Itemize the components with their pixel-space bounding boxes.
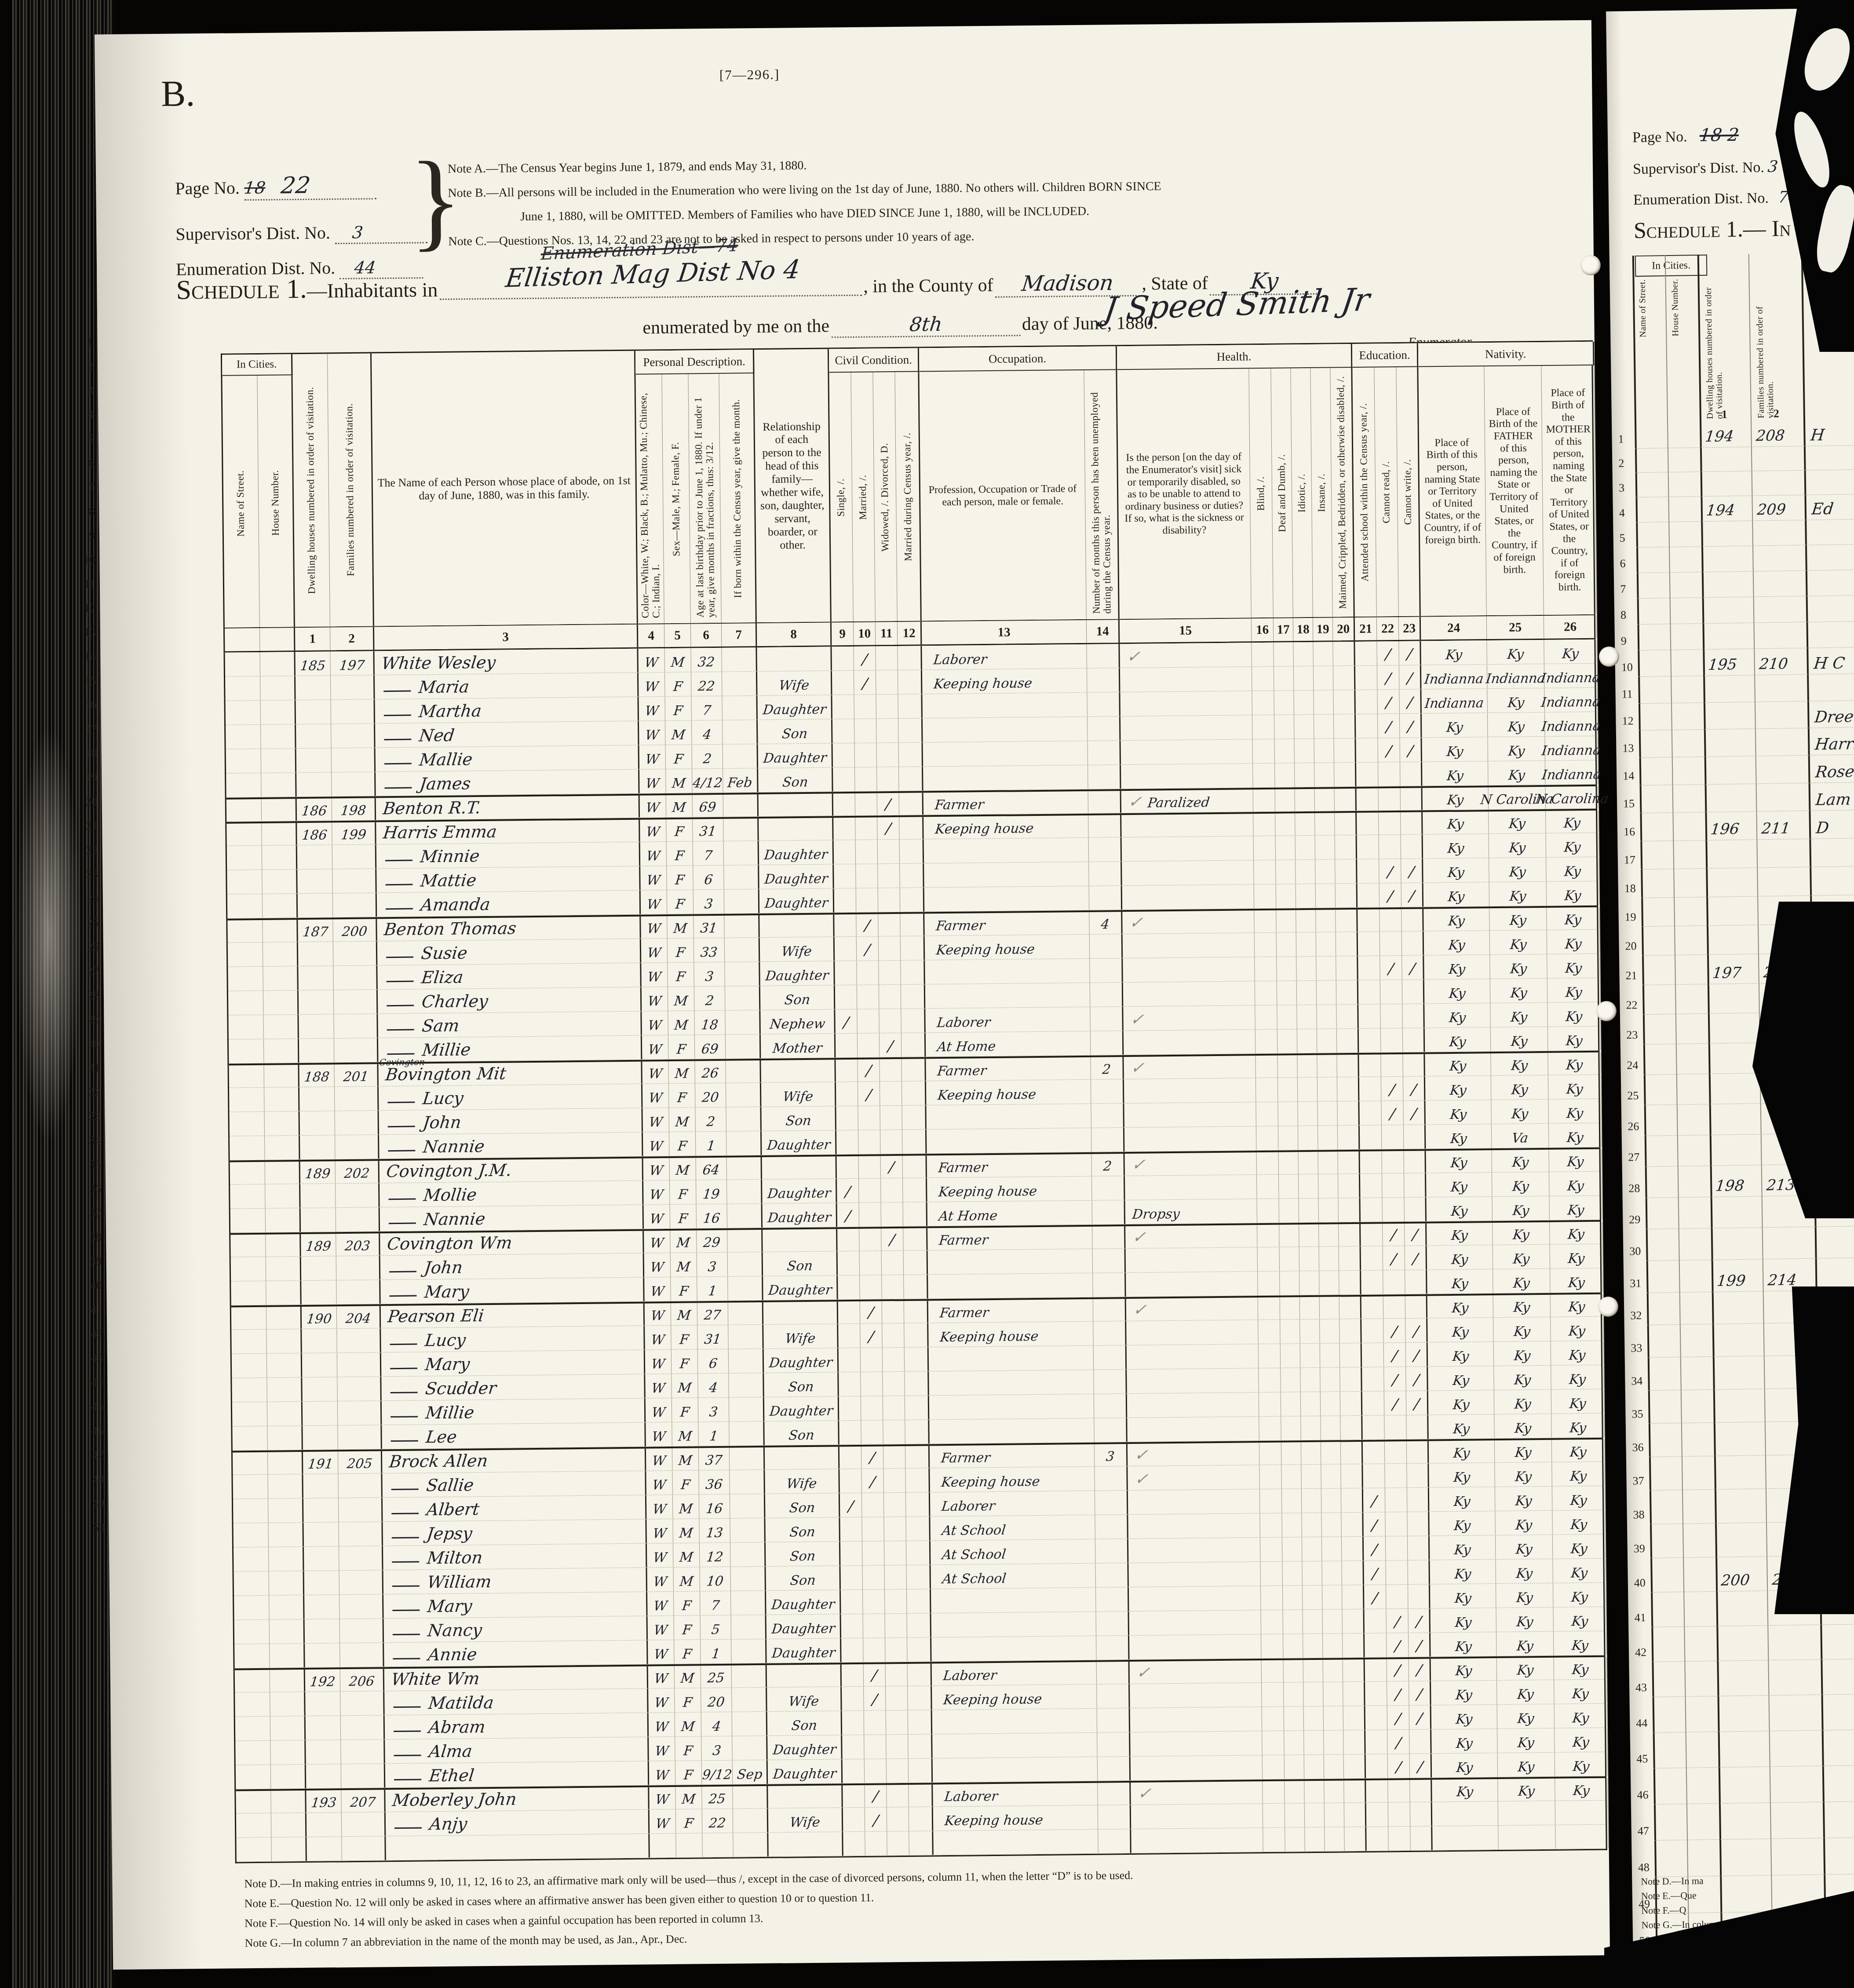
- cell-c24: Ky: [1428, 1414, 1495, 1439]
- cell-c13: [924, 886, 1090, 912]
- cell-c6: 19: [696, 1180, 727, 1204]
- cell-c22: /: [1384, 1343, 1406, 1367]
- cell-c11: [886, 1735, 909, 1758]
- cell-c11: [881, 1178, 903, 1202]
- cell-c19: [1316, 910, 1336, 932]
- row-number-11: 11: [74, 572, 96, 596]
- cell-c4: W: [647, 1543, 674, 1568]
- census-scan-1880: { "form": { "corner": "B.", "code": "[7—…: [0, 0, 1854, 1988]
- cell-c17: [1276, 860, 1296, 884]
- cell-c13: Farmer: [927, 1227, 1092, 1250]
- cell-c12: [904, 1250, 928, 1275]
- cell-c8: Wife: [757, 671, 832, 695]
- cell-c8: Son: [763, 1251, 838, 1276]
- cell-street: [230, 1162, 265, 1184]
- cell-c22: /: [1380, 883, 1402, 907]
- cell-c19: [1314, 763, 1335, 786]
- row-number-16: 16: [75, 693, 97, 717]
- cell-street: [233, 1499, 269, 1523]
- cell-c26: Ky: [1552, 1510, 1606, 1535]
- cell-c23: [1410, 1780, 1432, 1802]
- cell-c25: Ky: [1493, 1222, 1550, 1245]
- cell-c23: /: [1409, 1659, 1431, 1681]
- cell-c15: ✓: [1122, 910, 1254, 934]
- cell-c20: [1339, 1297, 1361, 1319]
- cell-c15: [1124, 1102, 1256, 1127]
- cell-c3: Amanda: [377, 891, 641, 917]
- cell-c10: [859, 1178, 881, 1202]
- cell-c9: [841, 1638, 864, 1662]
- cell-c17: [1284, 1660, 1303, 1682]
- county-value: Madison: [1020, 270, 1115, 296]
- header-cell-c15: Is the person [on the day of the Enumera…: [1117, 345, 1252, 619]
- cell-c22: [1381, 1028, 1403, 1052]
- rp-row-number-47: 47: [1638, 1824, 1649, 1838]
- cell-c2: 204: [337, 1306, 381, 1328]
- binder-hole-2: [1599, 647, 1619, 667]
- cell-c7: [727, 1157, 762, 1180]
- cell-c5: M: [675, 1666, 701, 1688]
- header-cell-c7: If born within the Census year, give the…: [719, 350, 757, 623]
- cell-c10: [860, 1275, 882, 1299]
- cell-c21: [1356, 738, 1378, 762]
- cell-c9: [839, 1447, 861, 1469]
- cell-street: [231, 1257, 266, 1281]
- cell-c11: [887, 1831, 909, 1855]
- note-b1: Note B.—All persons will be included in …: [448, 180, 1161, 200]
- cell-c21: [1365, 1730, 1388, 1754]
- cell-c22: /: [1387, 1706, 1410, 1729]
- cell-c4: W: [644, 1253, 671, 1277]
- cell-c13: Laborer: [925, 1007, 1091, 1033]
- cell-c14: [1095, 1539, 1129, 1563]
- cell-c18: [1303, 1682, 1324, 1706]
- cell-c16: [1263, 1804, 1285, 1827]
- cell-c2: [332, 869, 377, 893]
- cell-c19: [1318, 1198, 1339, 1222]
- cell-c13: Farmer: [928, 1299, 1093, 1323]
- header-cell-c25: Place of Birth of the FATHER of this per…: [1484, 342, 1544, 615]
- rp-row-number-12: 12: [1622, 715, 1633, 728]
- cell-c18: [1298, 1078, 1318, 1101]
- cell-c2: [340, 1643, 384, 1667]
- cell-c23: /: [1403, 1100, 1426, 1124]
- header-cell-c5: Sex—Male, M.; Female, F.: [662, 351, 691, 624]
- cell-c1: 187: [298, 919, 333, 942]
- cell-c26: Ky: [1547, 954, 1600, 978]
- row-number-5: 5: [73, 427, 95, 451]
- cell-c16: [1255, 1005, 1277, 1029]
- cell-c6: 31: [697, 1325, 729, 1349]
- cell-c18: [1303, 1610, 1323, 1634]
- cell-c26: Ky: [1547, 1002, 1601, 1027]
- cell-c23: /: [1406, 1342, 1428, 1366]
- cell-c12: [904, 1275, 928, 1299]
- cell-c12: [901, 1009, 926, 1033]
- header-label-c26: Place of Birth of the MOTHER of this per…: [1542, 385, 1596, 596]
- cell-c20: [1344, 1803, 1367, 1827]
- header-label-c12: Married during Census year, /.: [901, 433, 914, 561]
- cell-c14: [1087, 668, 1120, 692]
- cell-c4: W: [646, 1398, 672, 1422]
- cell-c23: [1401, 835, 1423, 859]
- cell-c5: F: [668, 1035, 695, 1059]
- cell-c5: F: [672, 1398, 699, 1422]
- cell-c4: W: [646, 1471, 673, 1495]
- cell-c19: [1314, 738, 1334, 762]
- cell-c25: Ky: [1497, 1729, 1555, 1753]
- cell-c7: [730, 1567, 766, 1591]
- cell-c25: Ky: [1489, 858, 1547, 882]
- cell-c12: [900, 888, 925, 912]
- cell-c8: Daughter: [763, 1275, 838, 1300]
- cell-c23: [1407, 1463, 1429, 1487]
- cell-c1: [301, 1208, 336, 1232]
- cell-c5: F: [671, 1325, 698, 1349]
- cell-c1: 186: [297, 798, 332, 821]
- cell-c11: [878, 840, 900, 863]
- cell-c1: 192: [305, 1669, 340, 1692]
- cell-c12: [899, 742, 923, 767]
- cell-c8: Daughter: [760, 961, 835, 986]
- cell-c7: [725, 1010, 761, 1034]
- cell-house: [264, 1065, 299, 1087]
- cell-c20: [1333, 690, 1356, 714]
- cell-c20: [1338, 1174, 1361, 1198]
- cell-c20: [1344, 1754, 1366, 1778]
- note-f: Note F.—Question No. 14 will only be ask…: [245, 1905, 1608, 1930]
- rp-row-number-3: 3: [1619, 482, 1624, 495]
- cell-c18: [1302, 1537, 1322, 1561]
- cell-c21: [1362, 1367, 1384, 1391]
- header-label-c16: Blind, /.: [1255, 476, 1267, 511]
- cell-c19: [1319, 1224, 1339, 1246]
- cell-c25: Ky: [1493, 1295, 1551, 1317]
- cell-c17: [1285, 1755, 1305, 1779]
- cell-c14: [1096, 1612, 1129, 1636]
- cell-house: [270, 1644, 305, 1668]
- cell-c5: M: [675, 1712, 702, 1736]
- cell-c21: [1362, 1343, 1384, 1367]
- cell-c2: [331, 699, 376, 724]
- cell-c4: W: [641, 916, 667, 939]
- row-number-36: 36: [80, 1177, 102, 1201]
- cell-c23: /: [1399, 665, 1422, 689]
- cell-c11: [885, 1590, 907, 1613]
- cell-house: [262, 870, 298, 894]
- cell-c24: Ky: [1431, 1705, 1498, 1729]
- cell-street: [234, 1547, 269, 1571]
- cell-c17: [1278, 1102, 1298, 1126]
- cell-c17: [1274, 715, 1295, 738]
- cell-c21: /: [1363, 1488, 1386, 1512]
- row-number-43: 43: [82, 1346, 103, 1370]
- header-cell-c24: Place of Birth of this person, naming St…: [1418, 343, 1487, 616]
- cell-c24: Ky: [1431, 1681, 1497, 1705]
- cell-c6: 25: [701, 1666, 732, 1688]
- cell-c18: [1296, 957, 1317, 980]
- cell-c4: W: [649, 1737, 675, 1761]
- cell-c2: [333, 941, 378, 965]
- cell-house: [267, 1378, 303, 1402]
- rp-schedule: Schedule 1.— In: [1634, 216, 1791, 244]
- header-cell-c6: Age at last birthday prior to June 1, 18…: [688, 350, 722, 623]
- cell-c22: [1388, 1780, 1410, 1802]
- cell-c22: [1385, 1441, 1407, 1463]
- cell-c4: W: [642, 1084, 669, 1108]
- cell-c4: W: [640, 842, 667, 866]
- cell-c25: Ky: [1492, 1172, 1550, 1196]
- cell-c1: 186: [297, 822, 332, 845]
- cell-c12: [899, 817, 923, 839]
- cell-c7: [730, 1447, 765, 1470]
- cell-c2: [336, 1280, 381, 1304]
- cell-c14: [1090, 958, 1123, 983]
- rp-page-no: Page No. 18 2: [1632, 125, 1739, 146]
- cell-c11: [884, 1541, 907, 1565]
- cell-c1: [307, 1837, 342, 1861]
- cell-c19: [1317, 1005, 1337, 1028]
- cell-c23: [1410, 1802, 1433, 1826]
- cell-c9: [839, 1396, 861, 1420]
- cell-c10: [859, 1202, 882, 1226]
- cell-c24: Ky: [1429, 1487, 1496, 1511]
- cell-c10: [863, 1590, 885, 1613]
- cell-c13: [931, 1636, 1097, 1662]
- cell-c14: [1096, 1636, 1130, 1660]
- cell-c9: [833, 818, 855, 840]
- cell-c25: Ky: [1491, 1100, 1549, 1124]
- cell-street: [229, 1065, 264, 1088]
- rp-row-number-15: 15: [1623, 797, 1635, 810]
- cell-c16: [1255, 981, 1277, 1005]
- cell-c21: [1362, 1415, 1385, 1439]
- cell-c8: Daughter: [764, 1396, 839, 1421]
- column-number-street: [225, 628, 260, 651]
- rp-dwelling-no: 199: [1716, 1272, 1746, 1290]
- cell-c9: [835, 985, 858, 1009]
- cell-c2: [336, 1207, 380, 1232]
- cell-c15: ✓: [1124, 1056, 1255, 1079]
- cell-c20: [1340, 1416, 1363, 1440]
- cell-c6: 1: [696, 1132, 727, 1156]
- cell-house: [265, 1136, 300, 1160]
- cell-c5: F: [672, 1470, 699, 1495]
- cell-c26: Ky: [1553, 1607, 1606, 1631]
- cell-c10: [854, 694, 876, 718]
- cell-c3: Pearson Eli: [381, 1304, 645, 1328]
- cell-street: [232, 1378, 267, 1402]
- cell-c21: [1363, 1441, 1385, 1463]
- cell-c14: [1091, 1079, 1124, 1104]
- cell-c1: [296, 676, 331, 700]
- cell-c4: W: [641, 890, 668, 914]
- cell-c23: [1409, 1729, 1432, 1753]
- cell-c1: [299, 1038, 335, 1063]
- cell-c19: [1324, 1780, 1344, 1802]
- group-band-in_cities: In Cities.: [222, 354, 292, 376]
- cell-c22: /: [1379, 859, 1401, 883]
- cell-c8: Daughter: [766, 1614, 842, 1639]
- rp-enum-label: Enumeration Dist. No.: [1633, 190, 1769, 208]
- cell-c16: [1263, 1828, 1285, 1852]
- cell-c7: [729, 1373, 764, 1397]
- cell-c2: [335, 1086, 379, 1111]
- rp-dwelling-no: 198: [1715, 1177, 1745, 1195]
- cell-c4: W: [646, 1422, 672, 1447]
- column-number-c2: 2: [330, 627, 374, 650]
- cell-c8: [763, 1229, 837, 1252]
- cell-c20: [1338, 1126, 1360, 1149]
- cell-c24: [1432, 1802, 1499, 1826]
- header-cell-c17: Deaf and Dumb, /.: [1271, 344, 1293, 617]
- cell-c25: Ky: [1489, 833, 1547, 858]
- cell-c22: /: [1384, 1367, 1406, 1391]
- header-cell-c22: Cannot read, /.: [1374, 344, 1399, 616]
- rp-row-number-46: 46: [1637, 1788, 1648, 1802]
- cell-c18: [1295, 763, 1315, 787]
- cell-c20: [1343, 1682, 1365, 1706]
- cell-c7: [722, 647, 757, 672]
- table-header: Name of Street.House Number.Dwelling hou…: [221, 340, 1595, 628]
- cell-c17: [1282, 1513, 1302, 1537]
- cell-c19: [1322, 1537, 1342, 1560]
- row-number-42: 42: [81, 1322, 103, 1346]
- rp-header-label-house: House Number.: [1671, 279, 1681, 336]
- rp-column-number-1: 1: [1722, 408, 1727, 421]
- header-cell-c4: Color—White, W.; Black, B.; Mulatto, Mu.…: [635, 351, 664, 624]
- cell-c8: Daughter: [767, 1735, 843, 1760]
- cell-c13: [932, 1733, 1098, 1758]
- cell-c6: 20: [695, 1083, 726, 1107]
- cell-c25: Ky: [1497, 1658, 1554, 1680]
- cell-c1: [306, 1764, 342, 1788]
- cell-house: [264, 1111, 300, 1136]
- cell-c18: [1294, 666, 1314, 690]
- cell-c25: Ky: [1488, 761, 1546, 785]
- cell-c8: [767, 1664, 842, 1687]
- rp-name-fragment: D: [1815, 819, 1830, 837]
- column-number-c11: 11: [876, 622, 898, 645]
- cell-c9: [843, 1808, 865, 1831]
- cell-house: [262, 845, 298, 870]
- cell-c25: Ky: [1495, 1440, 1552, 1462]
- cell-c17: [1277, 957, 1297, 980]
- cell-c22: [1384, 1415, 1407, 1439]
- cell-c10: [864, 1735, 887, 1758]
- cell-c3: Ned: [375, 721, 639, 748]
- cell-c25: Ky: [1498, 1753, 1555, 1777]
- cell-c6: 20: [701, 1688, 732, 1712]
- cell-c17: [1281, 1442, 1301, 1464]
- cell-c11: [880, 1059, 901, 1081]
- cell-c14: [1088, 741, 1121, 765]
- cell-c17: [1274, 666, 1294, 690]
- cell-c14: 4: [1089, 912, 1122, 934]
- note-a: Note A.—The Census Year begins June 1, 1…: [448, 156, 1161, 175]
- cell-c8: Son: [766, 1566, 841, 1590]
- cell-c2: [335, 1111, 379, 1135]
- cell-c26: Ky: [1550, 1244, 1603, 1268]
- cell-c18: [1300, 1319, 1320, 1343]
- cell-c4: W: [642, 1011, 668, 1035]
- cell-c26: Ky: [1552, 1462, 1605, 1486]
- cell-c8: [763, 1301, 838, 1324]
- cell-c4: W: [646, 1519, 673, 1543]
- cell-house: [270, 1692, 306, 1716]
- cell-c25: Ky: [1496, 1535, 1553, 1559]
- cell-c24: Ky: [1422, 713, 1488, 737]
- cell-c23: [1400, 762, 1423, 786]
- cell-c1: [303, 1401, 338, 1425]
- row-number-22: 22: [77, 838, 99, 862]
- cell-c21: [1356, 762, 1379, 786]
- cell-c12: [904, 1323, 929, 1347]
- rp-row-number-44: 44: [1636, 1717, 1647, 1730]
- cell-c3: CovingtonBovington Mit: [378, 1062, 642, 1086]
- cell-c24: Ky: [1423, 787, 1489, 810]
- cell-c21: /: [1364, 1536, 1386, 1560]
- cell-c14: [1094, 1345, 1127, 1370]
- cell-c21: [1360, 1198, 1383, 1221]
- cell-c22: [1378, 762, 1401, 786]
- cell-c22: /: [1386, 1609, 1409, 1633]
- cell-c21: [1358, 956, 1380, 979]
- cell-c26: Ky: [1549, 1149, 1602, 1172]
- cell-c2: [332, 772, 376, 796]
- cell-c16: [1254, 884, 1277, 908]
- cell-c11: [886, 1664, 908, 1686]
- cell-c11: [884, 1493, 906, 1517]
- cell-c10: [856, 864, 878, 888]
- cell-c8: [757, 647, 832, 671]
- cell-c23: [1405, 1270, 1427, 1294]
- header-label-c25: Place of Birth of the FATHER of this per…: [1485, 404, 1543, 578]
- cell-c2: [341, 1764, 386, 1788]
- header-label-c10: Married, /.: [858, 475, 869, 520]
- cell-c7: [725, 986, 761, 1010]
- cell-c23: /: [1410, 1754, 1432, 1777]
- cell-c9: [840, 1566, 863, 1590]
- cell-c17: [1275, 763, 1295, 787]
- cell-house: [261, 724, 296, 749]
- cell-house: [271, 1837, 307, 1861]
- cell-c3: Mary: [381, 1350, 645, 1377]
- cell-c13: [925, 983, 1091, 1009]
- cell-c8: Wife: [767, 1687, 842, 1711]
- cell-c13: [931, 1612, 1097, 1637]
- cell-c20: [1344, 1780, 1366, 1802]
- cell-c25: Ky: [1495, 1487, 1553, 1511]
- cell-c21: [1357, 859, 1380, 883]
- column-number-c21: 21: [1355, 618, 1377, 640]
- cell-c1: 185: [295, 651, 331, 676]
- cell-c26: Indianna: [1545, 712, 1598, 736]
- cell-c22: [1381, 1054, 1403, 1076]
- cell-c26: Ky: [1549, 1172, 1602, 1196]
- cell-c17: [1285, 1827, 1305, 1851]
- cell-c15: Dropsy: [1125, 1199, 1258, 1224]
- cell-c13: [928, 1249, 1093, 1275]
- cell-c11: [880, 1106, 902, 1129]
- cell-c24: [1432, 1826, 1499, 1850]
- cell-street: [227, 870, 263, 894]
- cell-c14: [1095, 1563, 1129, 1587]
- cell-house: [267, 1426, 303, 1450]
- cell-c4: W: [642, 987, 668, 1011]
- cell-c1: [299, 990, 334, 1014]
- cell-c6: 4: [692, 720, 723, 745]
